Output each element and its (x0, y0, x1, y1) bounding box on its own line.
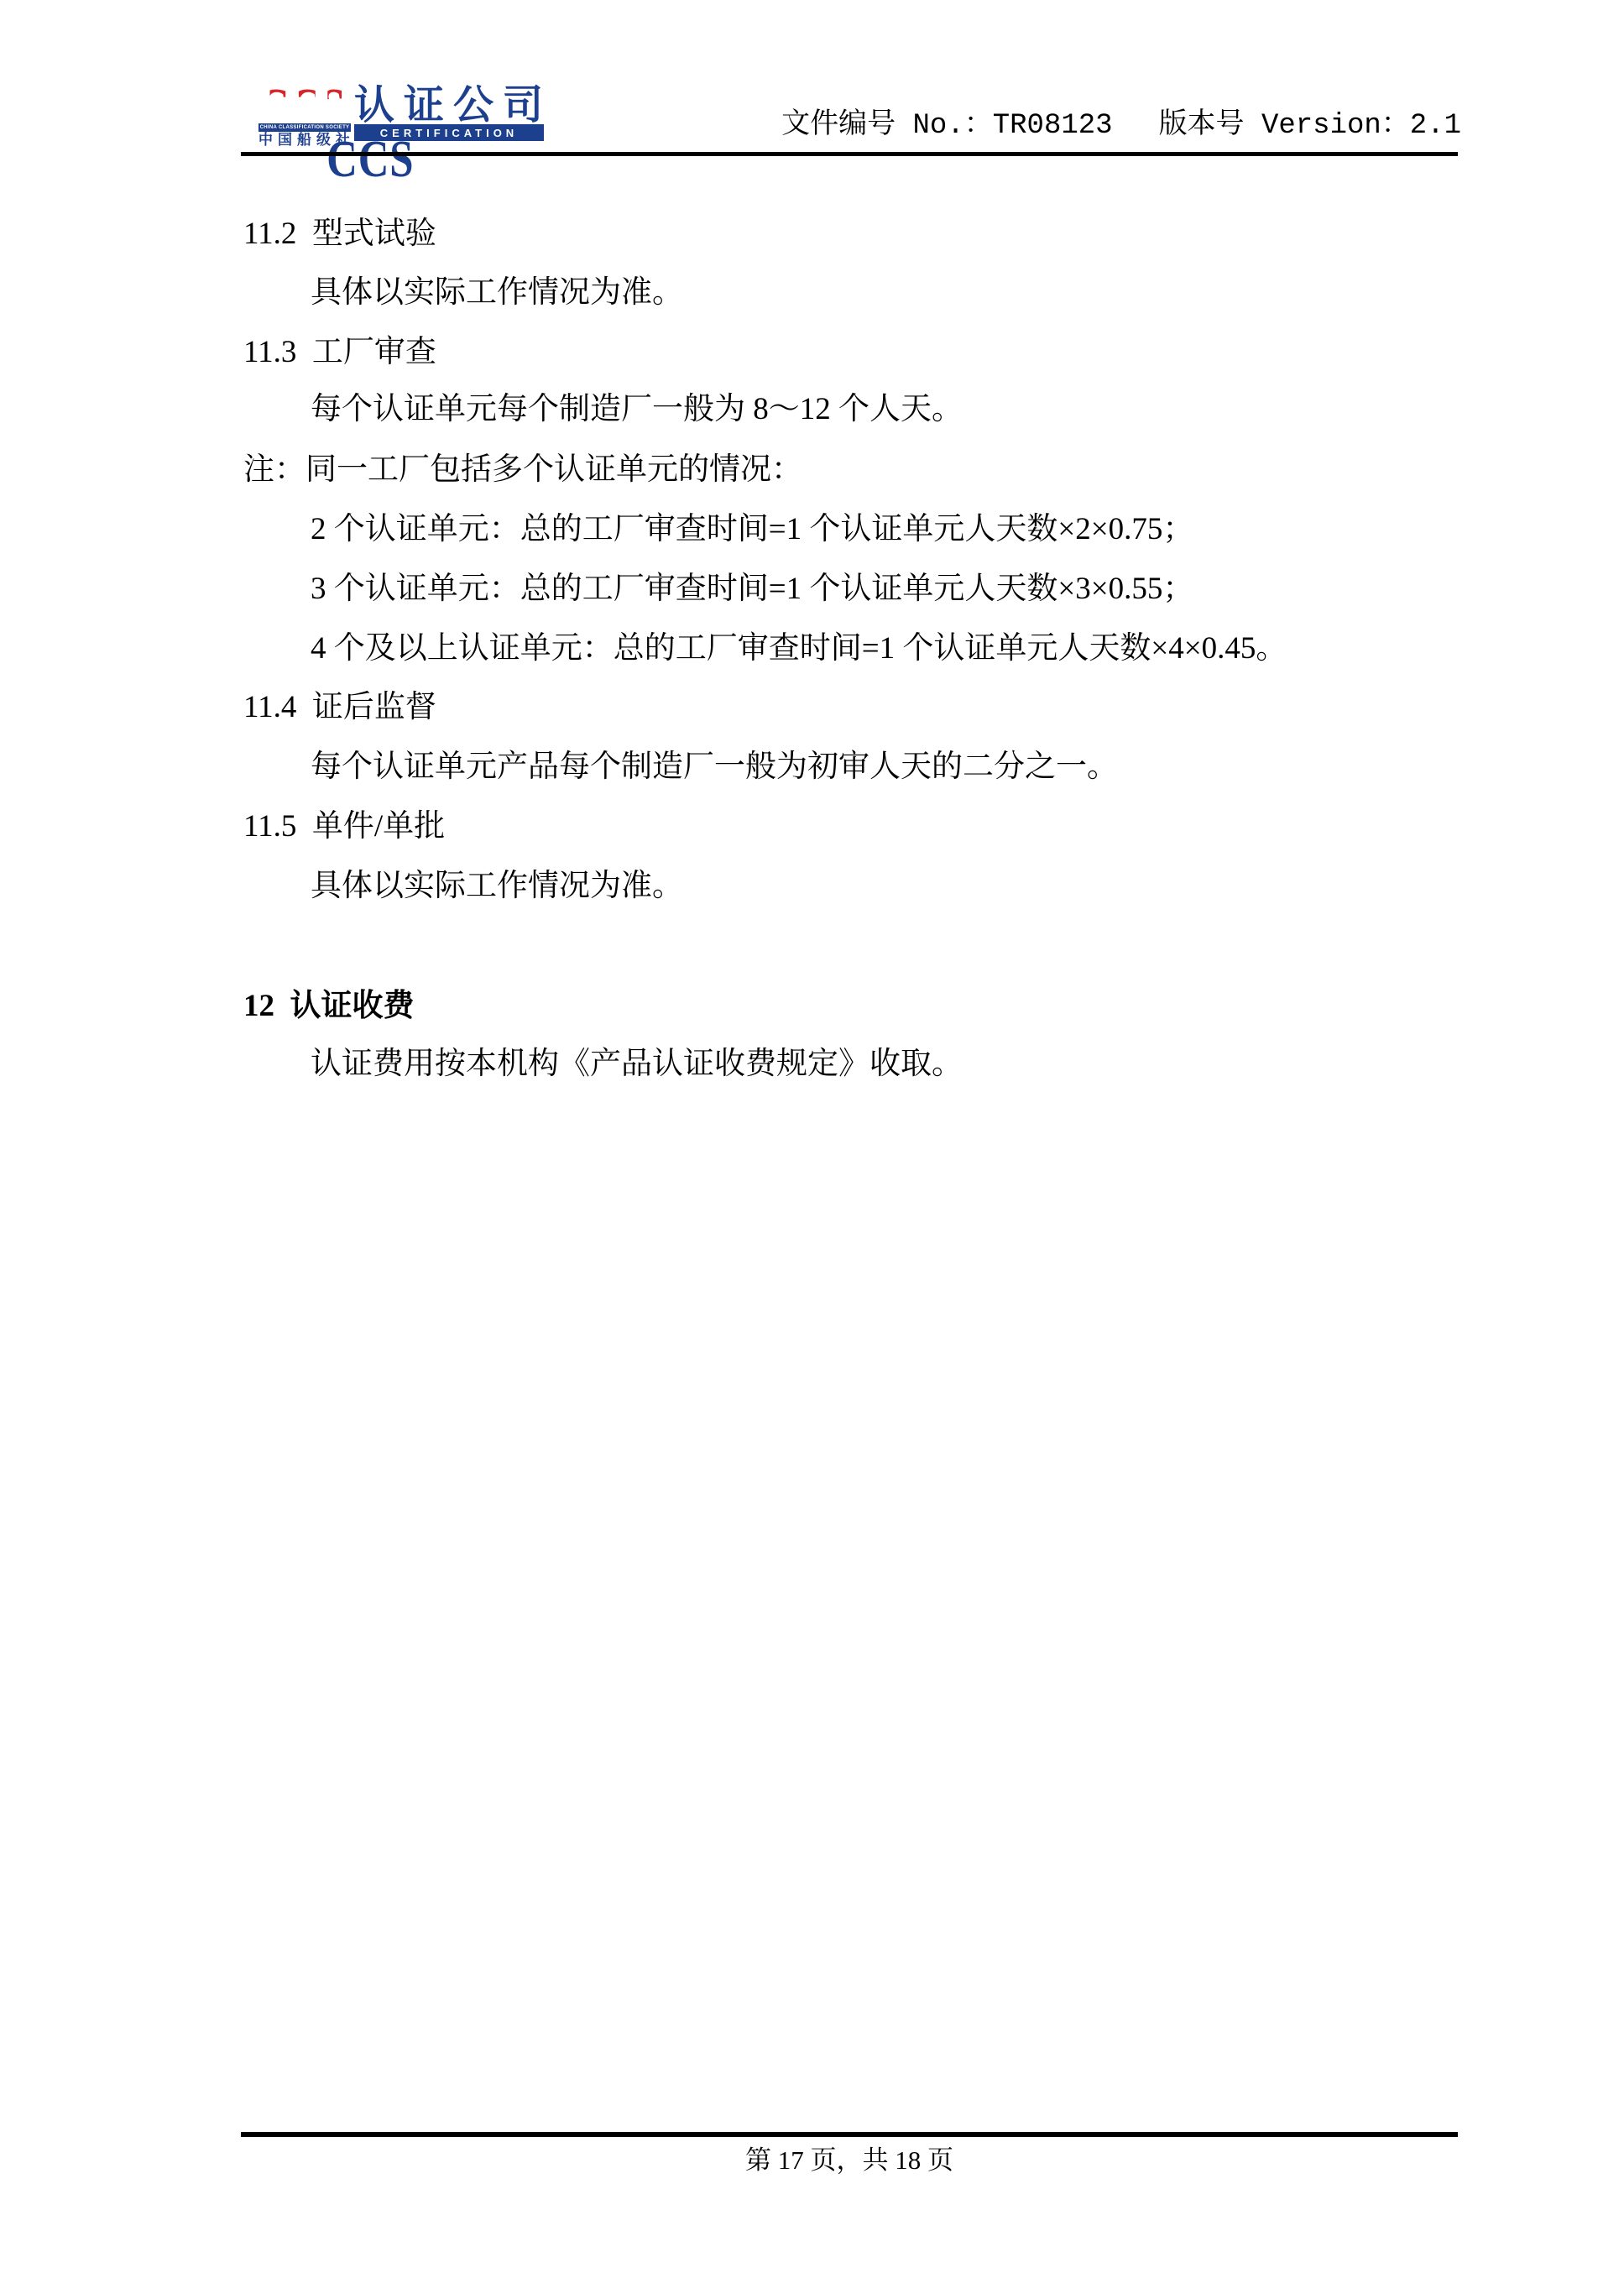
header-rule (241, 152, 1458, 156)
doc-number: 文件编号 No.：TR08123 (781, 110, 1112, 143)
ccs-society-banner: CHINA CLASSIFICATION SOCIETY (258, 123, 351, 132)
certification-company-cn: 认证公司 (354, 86, 552, 126)
body-line: 4 个及以上认证单元：总的工厂审查时间=1 个认证单元人天数×4×0.45。 (311, 631, 1287, 667)
body-line: 具体以实际工作情况为准。 (311, 275, 683, 311)
note-line: 注：同一工厂包括多个认证单元的情况： (243, 452, 802, 489)
section-heading-11-3: 11.3 工厂审查 (243, 335, 436, 371)
document-page: CCS CCS CCS CCS CHINA CLASSIFICATION SOC… (0, 0, 1624, 2278)
doc-version: 版本号 Version：2.1 (1159, 110, 1461, 143)
body-line: 2 个认证单元：总的工厂审查时间=1 个认证单元人天数×2×0.75； (311, 512, 1193, 548)
body-line: 每个认证单元产品每个制造厂一般为初审人天的二分之一。 (311, 750, 1118, 786)
footer-rule (241, 2132, 1458, 2137)
section-heading-11-4: 11.4 证后监督 (243, 690, 436, 726)
section-heading-12: 12 认证收费 (243, 989, 415, 1025)
header-meta: 文件编号 No.：TR08123 版本号 Version：2.1 (781, 110, 1461, 143)
ccs-logo: CCS CCS CCS CCS CHINA CLASSIFICATION SOC… (258, 87, 544, 148)
section-heading-11-5: 11.5 单件/单批 (243, 809, 445, 845)
body-line: 具体以实际工作情况为准。 (311, 869, 683, 905)
body-line: 每个认证单元每个制造厂一般为 8～12 个人天。 (311, 392, 963, 428)
page-number: 第 17 页，共 18 页 (241, 2145, 1458, 2176)
section-heading-11-2: 11.2 型式试验 (243, 217, 436, 253)
ccs-chinese-name: 中国船级社 (258, 133, 356, 147)
body-line: 3 个认证单元：总的工厂审查时间=1 个认证单元人天数×3×0.55； (311, 572, 1193, 608)
body-line: 认证费用按本机构《产品认证收费规定》收取。 (311, 1047, 963, 1083)
certification-company-en-banner: CERTIFICATION (354, 124, 544, 141)
